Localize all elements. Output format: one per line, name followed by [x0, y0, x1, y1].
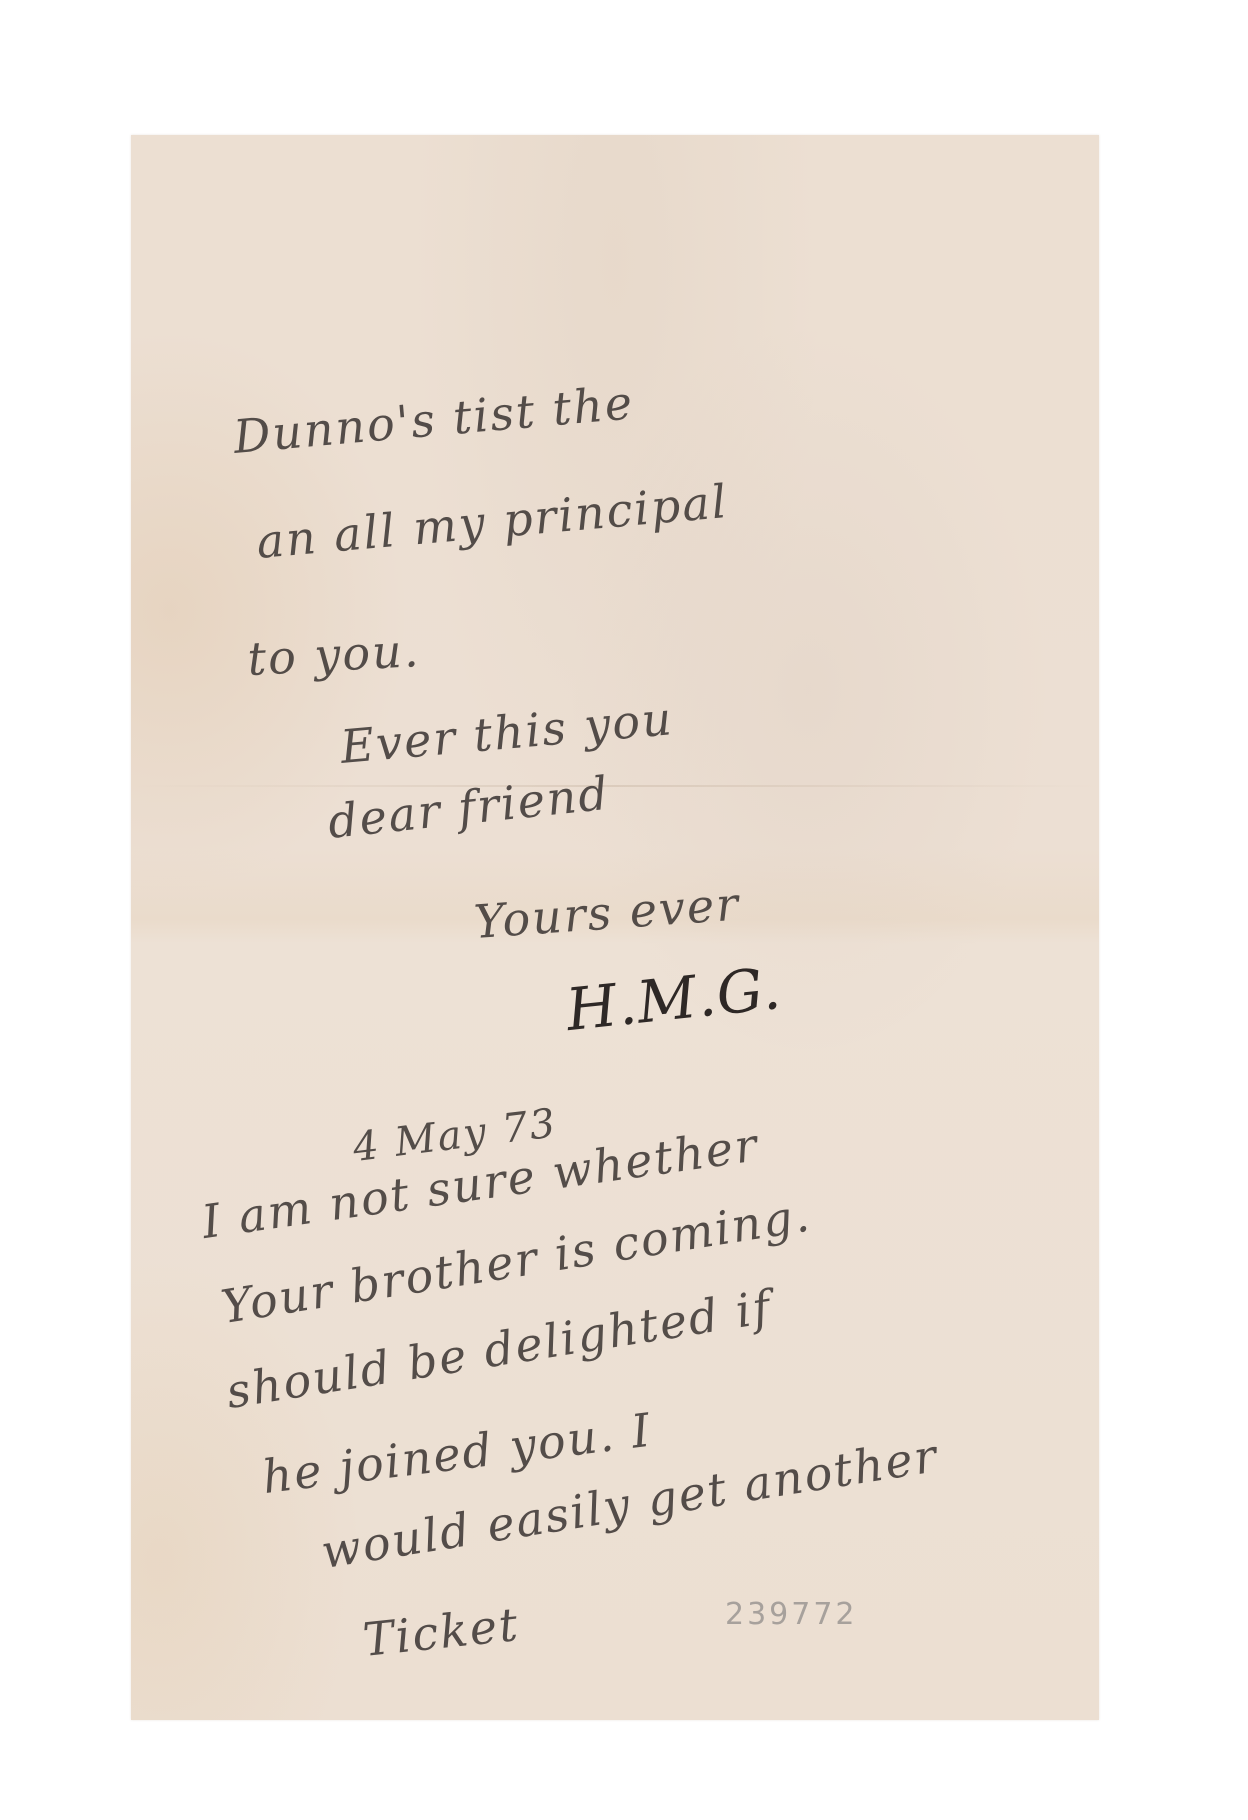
- letter-line: an all my principal: [254, 474, 730, 569]
- letter-line: Yours ever: [472, 877, 741, 949]
- letter-line: Dunno's tist the: [231, 375, 636, 464]
- letter-paper: Dunno's tist the an all my principal to …: [131, 135, 1099, 1720]
- inventory-number: 239772: [725, 1597, 858, 1632]
- letter-line: Ever this you: [338, 691, 675, 774]
- letter-line: dear friend: [325, 766, 612, 849]
- fold-crease: [131, 785, 1099, 787]
- letter-line: to you.: [246, 623, 421, 686]
- signature: H.M.G.: [563, 954, 784, 1044]
- letter-line: Ticket: [360, 1597, 522, 1667]
